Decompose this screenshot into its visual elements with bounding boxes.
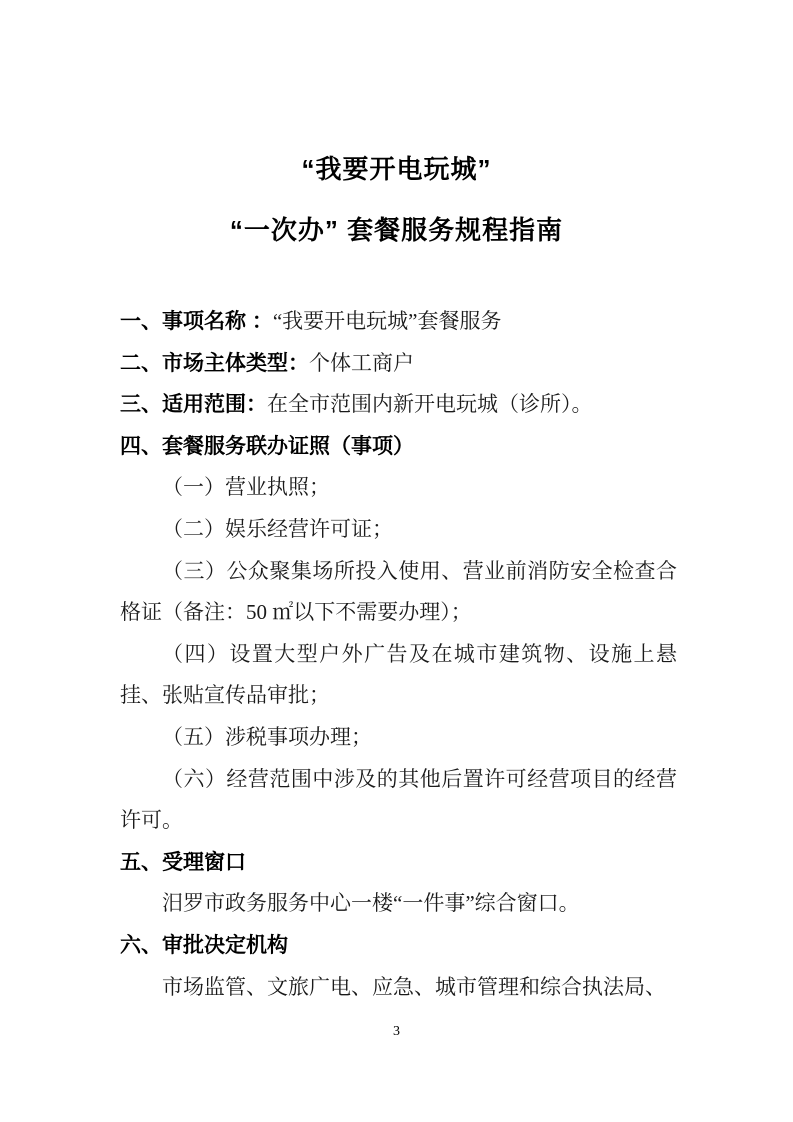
section-text: 在全市范围内新开电玩城（诊所）。 xyxy=(267,392,593,416)
document-title: “我要开电玩城” “一次办” 套餐服务规程指南 xyxy=(0,152,793,247)
list-item-2: （二）娱乐经营许可证； xyxy=(120,509,677,551)
list-item-text: （五）涉税事项办理； xyxy=(162,725,372,749)
section-body-6: 市场监管、文旅广电、应急、城市管理和综合执法局、 xyxy=(120,967,677,1009)
document-page: “我要开电玩城” “一次办” 套餐服务规程指南 一、事项名称 ：“我要开电玩城”… xyxy=(0,0,793,1122)
list-item-text: （三）公众聚集场所投入使用、营业前消防安全检查合格证（备注：50 ㎡以下不需要办… xyxy=(120,559,677,625)
list-item-text: （二）娱乐经营许可证； xyxy=(162,517,393,541)
document-title-line2: “一次办” 套餐服务规程指南 xyxy=(0,213,793,247)
list-item-text: （四）设置大型户外广告及在城市建筑物、设施上悬挂、张贴宣传品审批； xyxy=(120,642,677,708)
list-item-3: （三）公众聚集场所投入使用、营业前消防安全检查合格证（备注：50 ㎡以下不需要办… xyxy=(120,551,677,634)
section-heading-4: 四、套餐服务联办证照（事项） xyxy=(120,426,677,468)
section-body-5: 汨罗市政务服务中心一楼“一件事”综合窗口。 xyxy=(120,883,677,925)
section-heading-3: 三、适用范围：在全市范围内新开电玩城（诊所）。 xyxy=(120,384,677,426)
section-label: 四、套餐服务联办证照（事项） xyxy=(120,435,414,458)
section-body-text: 市场监管、文旅广电、应急、城市管理和综合执法局、 xyxy=(162,975,666,999)
section-heading-2: 二、市场主体类型：个体工商户 xyxy=(120,343,677,385)
section-body-text: 汨罗市政务服务中心一楼“一件事”综合窗口。 xyxy=(162,891,580,915)
section-label: 二、市场主体类型： xyxy=(120,352,309,375)
section-label: 三、适用范围： xyxy=(120,393,267,416)
section-text: “我要开电玩城”套餐服务 xyxy=(273,309,502,333)
list-item-1: （一）营业执照； xyxy=(120,467,677,509)
section-heading-5: 五、受理窗口 xyxy=(120,842,677,884)
section-label: 五、受理窗口 xyxy=(120,851,246,874)
list-item-text: （六）经营范围中涉及的其他后置许可经营项目的经营许可。 xyxy=(120,767,677,833)
list-item-4: （四）设置大型户外广告及在城市建筑物、设施上悬挂、张贴宣传品审批； xyxy=(120,634,677,717)
section-label: 一、事项名称 ： xyxy=(120,310,273,333)
section-heading-6: 六、审批决定机构 xyxy=(120,925,677,967)
page-number: 3 xyxy=(0,1022,793,1042)
document-body: 一、事项名称 ：“我要开电玩城”套餐服务 二、市场主体类型：个体工商户 三、适用… xyxy=(120,301,677,1008)
list-item-text: （一）营业执照； xyxy=(162,475,330,499)
document-title-line1: “我要开电玩城” xyxy=(0,152,793,186)
section-heading-1: 一、事项名称 ：“我要开电玩城”套餐服务 xyxy=(120,301,677,343)
section-label: 六、审批决定机构 xyxy=(120,934,288,957)
section-text: 个体工商户 xyxy=(309,351,414,375)
list-item-6: （六）经营范围中涉及的其他后置许可经营项目的经营许可。 xyxy=(120,759,677,842)
list-item-5: （五）涉税事项办理； xyxy=(120,717,677,759)
